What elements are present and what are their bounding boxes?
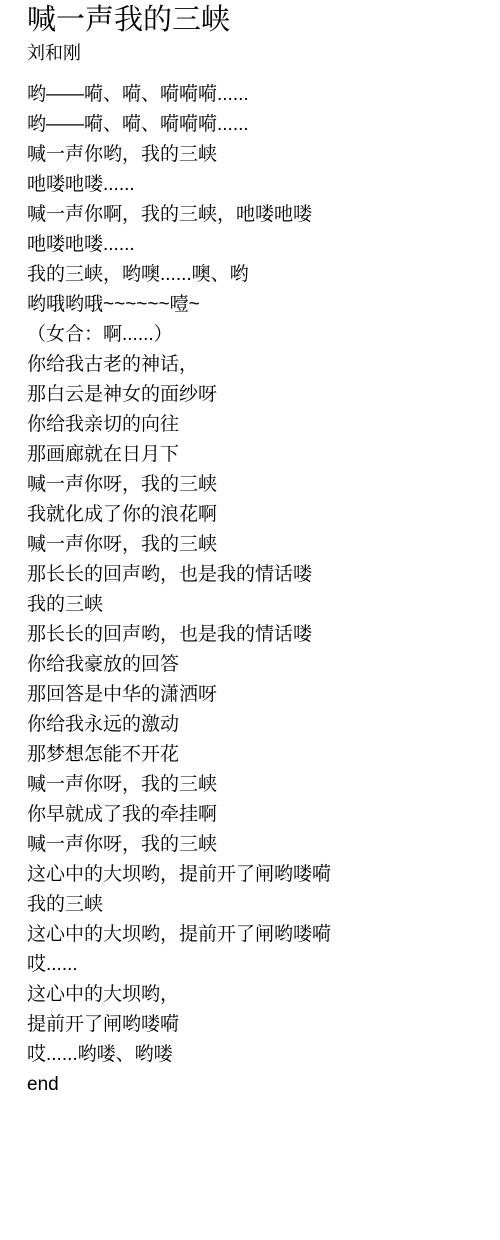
lyric-line: 哎...... [27,950,490,980]
lyrics-page: 喊一声我的三峡 刘和刚 哟——嗬、嗬、嗬嗬嗬......哟——嗬、嗬、嗬嗬嗬..… [0,0,500,1100]
lyric-line: 我就化成了你的浪花啊 [27,500,490,530]
lyric-line: 喊一声你呀，我的三峡 [27,770,490,800]
lyric-line: 喊一声你哟，我的三峡 [27,140,490,170]
lyric-line: 哟哦哟哦~~~~~~噎~ [27,290,490,320]
lyric-line: end [27,1070,490,1100]
lyric-line: 喊一声你啊，我的三峡，吔喽吔喽 [27,200,490,230]
lyric-line: 那长长的回声哟，也是我的情话喽 [27,560,490,590]
lyric-line: 哟——嗬、嗬、嗬嗬嗬...... [27,80,490,110]
lyric-line: 我的三峡 [27,890,490,920]
lyric-line: 你给我古老的神话， [27,350,490,380]
lyric-line: 你早就成了我的牵挂啊 [27,800,490,830]
lyric-line: 那白云是神女的面纱呀 [27,380,490,410]
lyric-line: 你给我豪放的回答 [27,650,490,680]
lyric-line: （女合：啊......） [27,320,490,350]
lyric-line: 你给我亲切的向往 [27,410,490,440]
lyric-line: 哟——嗬、嗬、嗬嗬嗬...... [27,110,490,140]
lyric-line: 那长长的回声哟，也是我的情话喽 [27,620,490,650]
lyric-line: 那梦想怎能不开花 [27,740,490,770]
lyric-line: 哎......哟喽、哟喽 [27,1040,490,1070]
lyric-line: 这心中的大坝哟，提前开了闸哟喽嗬 [27,920,490,950]
lyric-line: 喊一声你呀，我的三峡 [27,470,490,500]
lyric-line: 我的三峡，哟噢......噢、哟 [27,260,490,290]
lyric-line: 这心中的大坝哟，提前开了闸哟喽嗬 [27,860,490,890]
lyric-line: 提前开了闸哟喽嗬 [27,1010,490,1040]
lyric-line: 喊一声你呀，我的三峡 [27,530,490,560]
lyric-line: 喊一声你呀，我的三峡 [27,830,490,860]
lyric-line: 那回答是中华的潇洒呀 [27,680,490,710]
artist-name: 刘和刚 [27,40,490,66]
lyric-line: 我的三峡 [27,590,490,620]
lyric-line: 吔喽吔喽...... [27,170,490,200]
lyric-line: 这心中的大坝哟， [27,980,490,1010]
lyrics-list: 哟——嗬、嗬、嗬嗬嗬......哟——嗬、嗬、嗬嗬嗬......喊一声你哟，我的… [27,80,490,1100]
song-title: 喊一声我的三峡 [27,0,490,40]
lyric-line: 那画廊就在日月下 [27,440,490,470]
lyric-line: 你给我永远的激动 [27,710,490,740]
lyric-line: 吔喽吔喽...... [27,230,490,260]
